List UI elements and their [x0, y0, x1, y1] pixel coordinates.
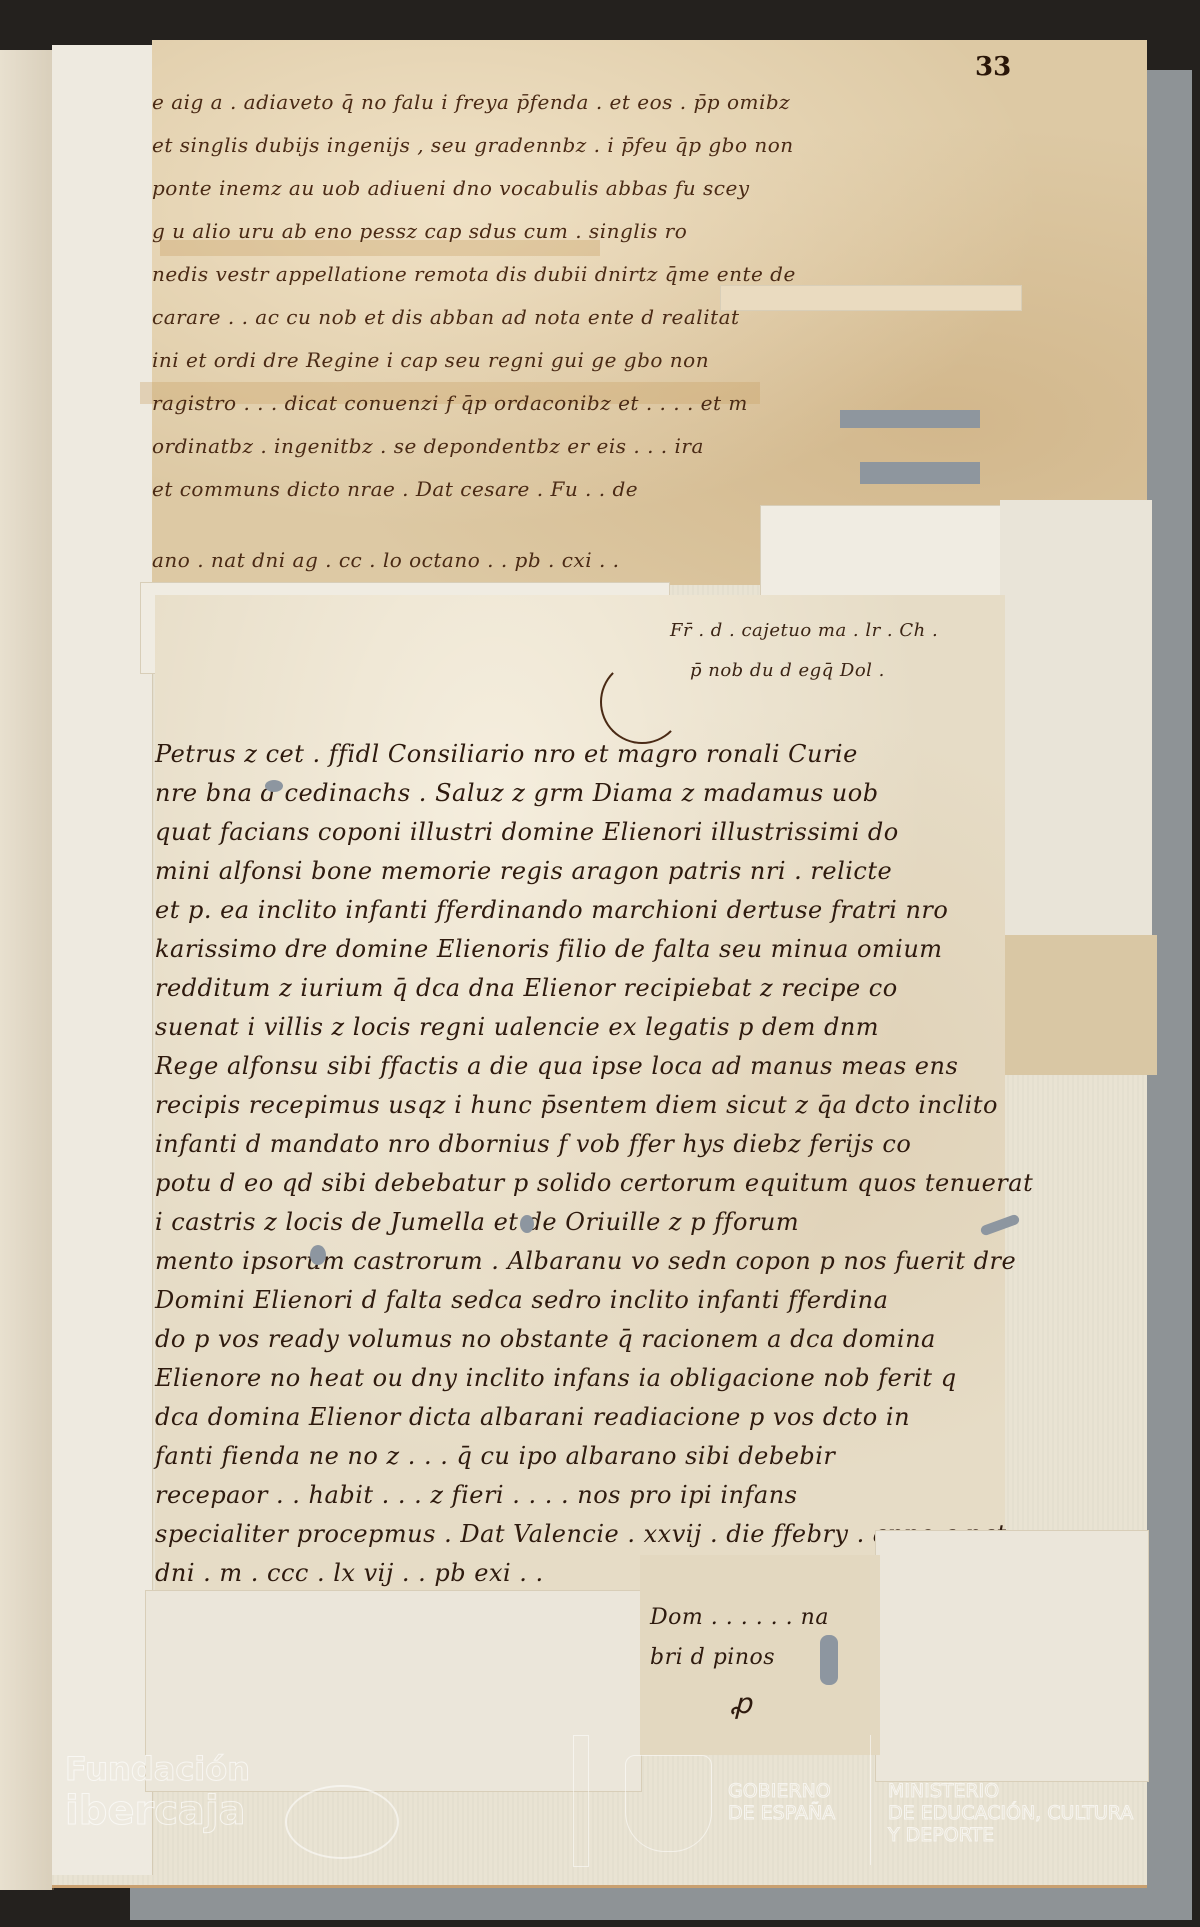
- text-line: Elienore no heat ou dny inclito infans i…: [155, 1364, 957, 1392]
- text-line: et p. ea inclito infanti fferdinando mar…: [155, 896, 948, 924]
- text-line: dca domina Elienor dicta albarani readia…: [155, 1403, 910, 1431]
- text-line: potu d eo qd sibi debebatur p solido cer…: [155, 1169, 1033, 1197]
- address-block: Fr̄ . d . cajetuo ma . lr . Ch . p̄ nob …: [670, 620, 1000, 690]
- guard-strip: [52, 45, 153, 1875]
- text-line: ragistro . . . dicat conuenzi f q̄p orda…: [152, 391, 748, 415]
- address-line: p̄ nob du d egq̄ Dol .: [690, 660, 885, 681]
- text-line: karissimo dre domine Elienoris filio de …: [155, 935, 943, 963]
- text-line: quat facians coponi illustri domine Elie…: [155, 818, 899, 846]
- signature-block: Dom . . . . . . na bri d pinos ꝓ: [650, 1605, 880, 1725]
- watermark-ministerio: MINISTERIO DE EDUCACIÓN, CULTURA Y DEPOR…: [888, 1780, 1133, 1846]
- loss-hole: [520, 1215, 534, 1233]
- spain-flag-bar-icon: [573, 1735, 589, 1867]
- parchment-fragment-right: [1005, 935, 1157, 1075]
- flourish-mark: [600, 660, 684, 744]
- watermark-gobierno-line1: GOBIERNO: [728, 1780, 835, 1802]
- text-line: Domini Elienori d falta sedca sedro incl…: [155, 1286, 888, 1314]
- text-line: redditum z iurium q̄ dca dna Elienor rec…: [155, 974, 898, 1002]
- watermark-divider: [870, 1735, 871, 1865]
- text-line: Petrus z cet . ffidl Consiliario nro et …: [155, 740, 858, 768]
- text-line: mento ipsorum castrorum . Albaranu vo se…: [155, 1247, 1016, 1275]
- loss-hole: [310, 1245, 326, 1265]
- signature-line: bri d pinos: [650, 1645, 775, 1670]
- loss-hole: [820, 1635, 838, 1685]
- watermark-ibercaja: Fundación ibercaja: [65, 1750, 265, 1850]
- watermark-ministerio-line3: Y DEPORTE: [888, 1824, 1133, 1846]
- text-line: recepaor . . habit . . . z fieri . . . .…: [155, 1481, 797, 1509]
- watermark-ibercaja-line2: ibercaja: [65, 1788, 265, 1834]
- text-line: do p vos ready volumus no obstante q̄ ra…: [155, 1325, 936, 1353]
- text-line: ini et ordi dre Regine i cap seu regni g…: [152, 348, 709, 372]
- text-line: ordinatbz . ingenitbz . se depondentbz e…: [152, 434, 704, 458]
- text-line: ponte inemz au uob adiueni dno vocabulis…: [152, 176, 750, 200]
- left-facing-page: [0, 50, 54, 1890]
- watermark-ibercaja-line1: Fundación: [65, 1750, 265, 1788]
- text-block-main: Petrus z cet . ffidl Consiliario nro et …: [155, 740, 1005, 1580]
- text-line: suenat i villis z locis regni ualencie e…: [155, 1013, 879, 1041]
- folio-number: 33: [975, 52, 1011, 82]
- text-line: carare . . ac cu nob et dis abban ad not…: [152, 305, 740, 329]
- signature-mark: ꝓ: [730, 1687, 752, 1720]
- ibercaja-globe-icon: [285, 1785, 399, 1859]
- text-line: fanti fienda ne no z . . . q̄ cu ipo alb…: [155, 1442, 835, 1470]
- text-line: et communs dicto nrae . Dat cesare . Fu …: [152, 477, 638, 501]
- text-line: g u alio uru ab eno pessz cap sdus cum .…: [152, 219, 687, 243]
- text-line: e aig a . adiaveto q̄ no falu i freya p̄…: [152, 90, 790, 114]
- text-line: ano . nat dni ag . cc . lo octano . . pb…: [152, 548, 620, 572]
- watermark-gobierno-line2: DE ESPAÑA: [728, 1802, 835, 1824]
- text-line: Rege alfonsu sibi ffactis a die qua ipse…: [155, 1052, 958, 1080]
- text-line: mini alfonsi bone memorie regis aragon p…: [155, 857, 892, 885]
- address-line: Fr̄ . d . cajetuo ma . lr . Ch .: [670, 620, 938, 641]
- watermark-ministerio-line1: MINISTERIO: [888, 1780, 1133, 1802]
- watermark-ministerio-line2: DE EDUCACIÓN, CULTURA: [888, 1802, 1133, 1824]
- text-line: i castris z locis de Jumella et de Oriui…: [155, 1208, 799, 1236]
- repair-patch: [875, 1530, 1149, 1782]
- text-line: dni . m . ccc . lx vij . . pb exi . .: [155, 1559, 544, 1587]
- text-line: et singlis dubijs ingenijs , seu gradenn…: [152, 133, 794, 157]
- signature-line: Dom . . . . . . na: [650, 1605, 829, 1630]
- loss-hole: [265, 780, 283, 792]
- text-line: nedis vestr appellatione remota dis dubi…: [152, 262, 796, 286]
- spain-coat-of-arms-icon: [625, 1755, 712, 1852]
- text-line: nre bna d cedinachs . Saluz z grm Diama …: [155, 779, 879, 807]
- watermark-gobierno: GOBIERNO DE ESPAÑA: [728, 1780, 835, 1824]
- text-line: recipis recepimus usqz i hunc p̄sentem d…: [155, 1091, 998, 1119]
- text-block-top: e aig a . adiaveto q̄ no falu i freya p̄…: [152, 90, 1032, 570]
- text-line: infanti d mandato nro dbornius f vob ffe…: [155, 1130, 911, 1158]
